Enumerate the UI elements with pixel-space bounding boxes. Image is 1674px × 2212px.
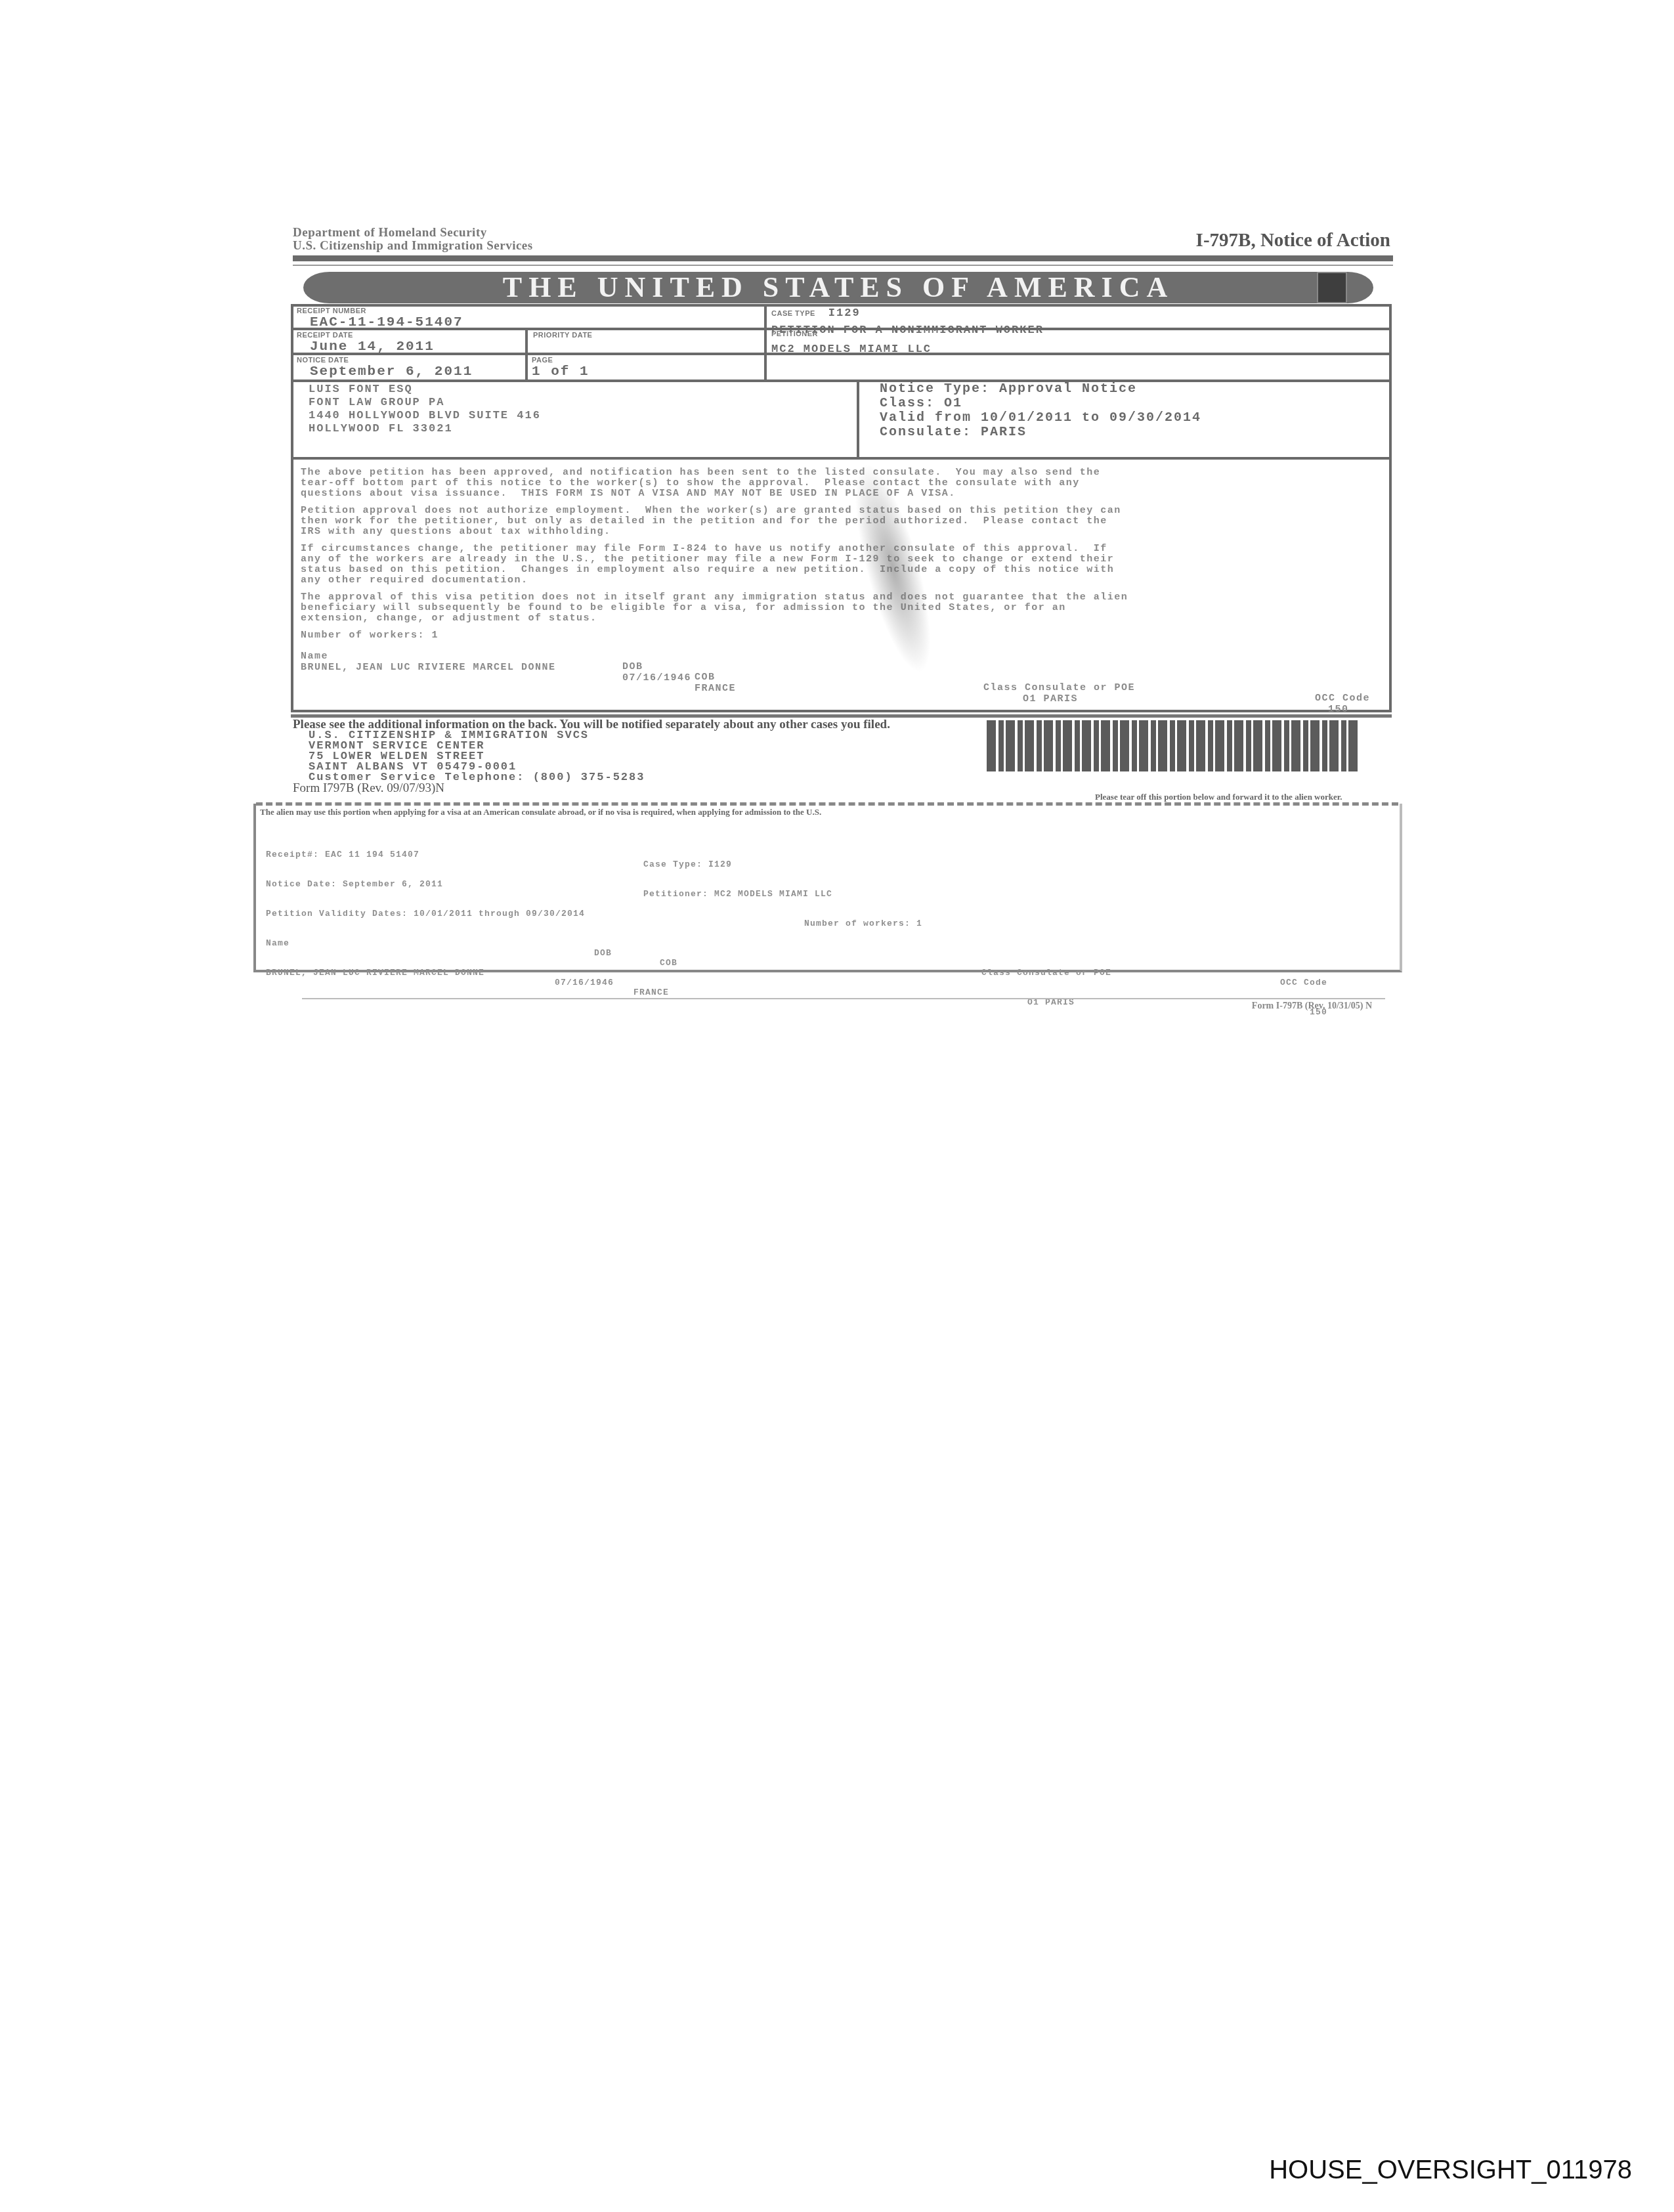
notice-type: Notice Type: Approval Notice xyxy=(880,382,1201,397)
worker-dob: 07/16/1946 xyxy=(622,673,691,683)
page-label: PAGE xyxy=(532,357,590,364)
bates-number: HOUSE_OVERSIGHT_011978 xyxy=(1269,2156,1632,2185)
tearoff-case-type: Case Type: I129 xyxy=(643,859,732,869)
tearoff-workers: Number of workers: 1 xyxy=(804,919,922,928)
grid-line xyxy=(525,328,528,381)
worker-class-consulate: O1 PARIS xyxy=(1023,694,1078,705)
body-paragraph: The approval of this visa petition does … xyxy=(301,592,1384,624)
tearoff-petitioner: Petitioner: MC2 MODELS MIAMI LLC xyxy=(643,889,832,899)
agency-name: Department of Homeland Security U.S. Cit… xyxy=(293,227,533,253)
tearoff-instruction: Please tear off this portion below and f… xyxy=(1095,792,1342,802)
country-banner: THE UNITED STATES OF AMERICA xyxy=(303,272,1373,303)
table-row: BRUNEL, JEAN LUC RIVIERE MARCEL DONNE 07… xyxy=(301,652,1384,662)
notice-date-label: NOTICE DATE xyxy=(297,357,473,364)
col-cob: COB xyxy=(695,672,716,683)
tearoff-col-occ: OCC Code xyxy=(1280,978,1327,987)
receipt-date-field: RECEIPT DATE June 14, 2011 xyxy=(297,332,435,355)
tearoff-worker-dob: 07/16/1946 xyxy=(555,978,614,987)
notice-validity: Valid from 10/01/2011 to 09/30/2014 xyxy=(880,411,1201,425)
form-title: I-797B, Notice of Action xyxy=(1196,230,1390,251)
notice-info-block: Notice Type: Approval Notice Class: O1 V… xyxy=(880,382,1201,440)
notice-body: The above petition has been approved, an… xyxy=(301,467,1384,641)
page-value: 1 of 1 xyxy=(532,364,590,380)
addressee-line: FONT LAW GROUP PA xyxy=(309,397,541,410)
notice-date-value: September 6, 2011 xyxy=(310,364,473,380)
priority-date-label: PRIORITY DATE xyxy=(533,332,592,339)
addressee-line: HOLLYWOOD FL 33021 xyxy=(309,423,541,436)
barcode xyxy=(987,720,1358,771)
case-type-label: CASE TYPE xyxy=(771,310,815,318)
tearoff-worker-cob: FRANCE xyxy=(633,987,669,997)
tearoff-bottom-rule xyxy=(302,998,1385,999)
body-paragraph: Petition approval does not authorize emp… xyxy=(301,506,1384,537)
grid-line xyxy=(764,304,767,381)
grid-line xyxy=(857,380,859,458)
tearoff-col-dob: DOB xyxy=(594,948,612,958)
table-row: BRUNEL, JEAN LUC RIVIERE MARCEL DONNE 07… xyxy=(266,958,1382,968)
worker-name: BRUNEL, JEAN LUC RIVIERE MARCEL DONNE xyxy=(301,662,556,673)
header-rule-thin xyxy=(293,265,1393,266)
seal-icon xyxy=(1317,272,1347,303)
receipt-date-value: June 14, 2011 xyxy=(310,339,435,355)
priority-date-field: PRIORITY DATE xyxy=(533,332,592,339)
tearoff-col-name: Name xyxy=(266,938,290,948)
agency-line-1: Department of Homeland Security xyxy=(293,227,533,240)
service-center-address: U.S. CITIZENSHIP & IMMIGRATION SVCS VERM… xyxy=(309,731,645,783)
grid-line xyxy=(291,457,1392,460)
notice-consulate: Consulate: PARIS xyxy=(880,425,1201,440)
worker-table-header: Name DOB COB Class Consulate or POE OCC … xyxy=(301,641,1384,651)
receipt-date-label: RECEIPT DATE xyxy=(297,332,435,339)
body-paragraph: If circumstances change, the petitioner … xyxy=(301,544,1384,586)
addressee-block: LUIS FONT ESQ FONT LAW GROUP PA 1440 HOL… xyxy=(309,383,541,436)
petitioner-value: MC2 MODELS MIAMI LLC xyxy=(771,342,932,358)
tearoff-validity: Petition Validity Dates: 10/01/2011 thro… xyxy=(266,909,585,919)
tearoff-notice-date: Notice Date: September 6, 2011 xyxy=(266,879,443,889)
workers-count: Number of workers: 1 xyxy=(301,630,1384,641)
form-revision: Form I797B (Rev. 09/07/93)N xyxy=(293,781,444,796)
tearoff-worker-name: BRUNEL, JEAN LUC RIVIERE MARCEL DONNE xyxy=(266,968,484,978)
tearoff-col-class: Class Consulate or POE xyxy=(981,968,1111,978)
notice-class: Class: O1 xyxy=(880,397,1201,411)
worker-occ-code: 150 xyxy=(1328,705,1349,715)
receipt-number-label: RECEIPT NUMBER xyxy=(297,307,463,315)
case-type-value: I129 xyxy=(828,306,861,322)
col-occ-code: OCC Code xyxy=(1315,693,1370,704)
tearoff-receipt: Receipt#: EAC 11 194 51407 xyxy=(266,850,419,859)
agency-line-2: U.S. Citizenship and Immigration Service… xyxy=(293,240,533,253)
worker-cob: FRANCE xyxy=(695,683,736,694)
addressee-line: LUIS FONT ESQ xyxy=(309,383,541,397)
notice-date-field: NOTICE DATE September 6, 2011 xyxy=(297,357,473,380)
banner-text: THE UNITED STATES OF AMERICA xyxy=(503,272,1174,303)
tearoff-details: Receipt#: EAC 11 194 51407 Case Type: I1… xyxy=(266,820,1382,978)
receipt-number-field: RECEIPT NUMBER EAC-11-194-51407 xyxy=(297,307,463,331)
petitioner-label: PETITIONER xyxy=(771,330,932,338)
header-rule xyxy=(293,255,1393,261)
col-class-consulate: Class Consulate or POE xyxy=(983,683,1135,693)
petitioner-field: PETITIONER MC2 MODELS MIAMI LLC xyxy=(771,330,932,358)
tearoff-form-revision: Form I-797B (Rev. 10/31/05) N xyxy=(1252,1001,1372,1012)
addressee-line: 1440 HOLLYWOOD BLVD SUITE 416 xyxy=(309,410,541,423)
page-field: PAGE 1 of 1 xyxy=(532,357,590,380)
col-dob: DOB xyxy=(622,662,643,672)
receipt-number-value: EAC-11-194-51407 xyxy=(310,315,463,331)
